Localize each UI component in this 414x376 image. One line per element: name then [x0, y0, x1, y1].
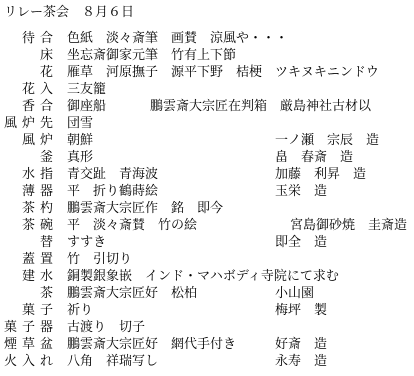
item-label: 菓子器 — [0, 319, 58, 336]
table-row: 茶 鵬雲斎大宗匠好 松柏 小山園 — [0, 285, 414, 302]
table-row: 釜 真形 畠 春斎 造 — [0, 149, 414, 166]
table-row: 水指 青交趾 青海波 加藤 利昇 造 — [0, 166, 414, 183]
table-row: 蓋置 竹 引切り — [0, 251, 414, 268]
table-row: 床 坐忘斎御家元筆 竹有上下節 — [0, 47, 414, 64]
item-maker: 加藤 利昇 造 — [275, 166, 366, 183]
item-maker: 小山園 — [275, 285, 314, 302]
item-maker: 梅坪 製 — [275, 302, 327, 319]
item-desc: 真形 — [67, 149, 275, 166]
table-row: 茶杓 鵬雲斎大宗匠作 銘 即今 — [0, 200, 414, 217]
table-row: 花入 三友籠 — [0, 81, 414, 98]
table-row: 菓子 祈り 梅坪 製 — [0, 302, 414, 319]
item-maker: 玉栄 造 — [275, 183, 327, 200]
table-row: 菓子器 古渡り 切子 — [0, 319, 414, 336]
item-desc: 三友籠 — [67, 81, 106, 98]
item-desc: 坐忘斎御家元筆 竹有上下節 — [67, 47, 236, 64]
item-label: 蓋置 — [0, 251, 58, 268]
item-maker: 宮島御砂焼 圭斎造 — [290, 217, 407, 234]
table-row: 香合 御座船 鵬雲斎大宗匠在判箱 厳島神社古材以 — [0, 98, 414, 115]
item-label: 茶杓 — [0, 200, 58, 217]
item-label: 風炉先 — [0, 115, 58, 132]
item-label: 火入れ — [0, 353, 58, 370]
item-label: 替 — [0, 234, 58, 251]
table-row: 薄器 平 折り鶴蒔絵 玉栄 造 — [0, 183, 414, 200]
item-maker: 一ノ瀬 宗辰 造 — [275, 132, 379, 149]
item-desc: 平 折り鶴蒔絵 — [67, 183, 275, 200]
table-row: 煙草盆 鵬雲斎大宗匠好 網代手付き 好斎 造 — [0, 336, 414, 353]
item-desc: 団雪 — [67, 115, 93, 132]
table-row: 茶碗 平 淡々斎賛 竹の絵 宮島御砂焼 圭斎造 — [0, 217, 414, 234]
item-desc: 銅製銀象嵌 インド・マハボディ寺院にて求む — [67, 268, 339, 285]
page-title: リレー茶会 ８月６日 — [0, 4, 414, 21]
item-label: 茶 — [0, 285, 58, 302]
item-maker: 畠 春斎 造 — [275, 149, 353, 166]
item-desc: 古渡り 切子 — [67, 319, 145, 336]
item-label: 香合 — [0, 98, 58, 115]
item-desc: 鵬雲斎大宗匠作 銘 即今 — [67, 200, 223, 217]
table-row: 火入れ 八角 祥瑞写し 永寿 造 — [0, 353, 414, 370]
item-desc: 色紙 淡々斎筆 画賛 涼風や・・・ — [67, 30, 288, 47]
item-maker: 即全 造 — [275, 234, 327, 251]
item-label: 水指 — [0, 166, 58, 183]
item-label: 風炉 — [0, 132, 58, 149]
item-desc: 祈り — [67, 302, 275, 319]
item-desc: 竹 引切り — [67, 251, 132, 268]
item-label: 花入 — [0, 81, 58, 98]
item-desc: 御座船 — [67, 98, 150, 115]
item-label: 床 — [0, 47, 58, 64]
item-desc: 鵬雲斎大宗匠好 松柏 — [67, 285, 275, 302]
table-row: 待合 色紙 淡々斎筆 画賛 涼風や・・・ — [0, 30, 414, 47]
table-row: 風炉 朝鮮 一ノ瀬 宗辰 造 — [0, 132, 414, 149]
tea-ceremony-record: リレー茶会 ８月６日 待合 色紙 淡々斎筆 画賛 涼風や・・・ 床 坐忘斎御家元… — [0, 0, 414, 370]
item-label: 煙草盆 — [0, 336, 58, 353]
item-desc: 鵬雲斎大宗匠好 網代手付き — [67, 336, 275, 353]
table-row: 替 すすき 即全 造 — [0, 234, 414, 251]
item-note: 鵬雲斎大宗匠在判箱 厳島神社古材以 — [150, 98, 371, 115]
item-maker: 永寿 造 — [275, 353, 327, 370]
item-label: 菓子 — [0, 302, 58, 319]
item-label: 建水 — [0, 268, 58, 285]
item-desc: 八角 祥瑞写し — [67, 353, 275, 370]
item-desc: 青交趾 青海波 — [67, 166, 275, 183]
item-desc: 雁草 河原撫子 源平下野 桔梗 ツキヌキニンドウ — [67, 64, 379, 81]
item-desc: 平 淡々斎賛 竹の絵 — [67, 217, 275, 234]
item-label: 釜 — [0, 149, 58, 166]
item-label: 茶碗 — [0, 217, 58, 234]
item-desc: 朝鮮 — [67, 132, 275, 149]
table-row: 風炉先 団雪 — [0, 115, 414, 132]
table-row: 花 雁草 河原撫子 源平下野 桔梗 ツキヌキニンドウ — [0, 64, 414, 81]
item-label: 薄器 — [0, 183, 58, 200]
item-label: 花 — [0, 64, 58, 81]
item-desc: すすき — [67, 234, 275, 251]
table-row: 建水 銅製銀象嵌 インド・マハボディ寺院にて求む — [0, 268, 414, 285]
item-label: 待合 — [0, 30, 58, 47]
item-maker: 好斎 造 — [275, 336, 327, 353]
